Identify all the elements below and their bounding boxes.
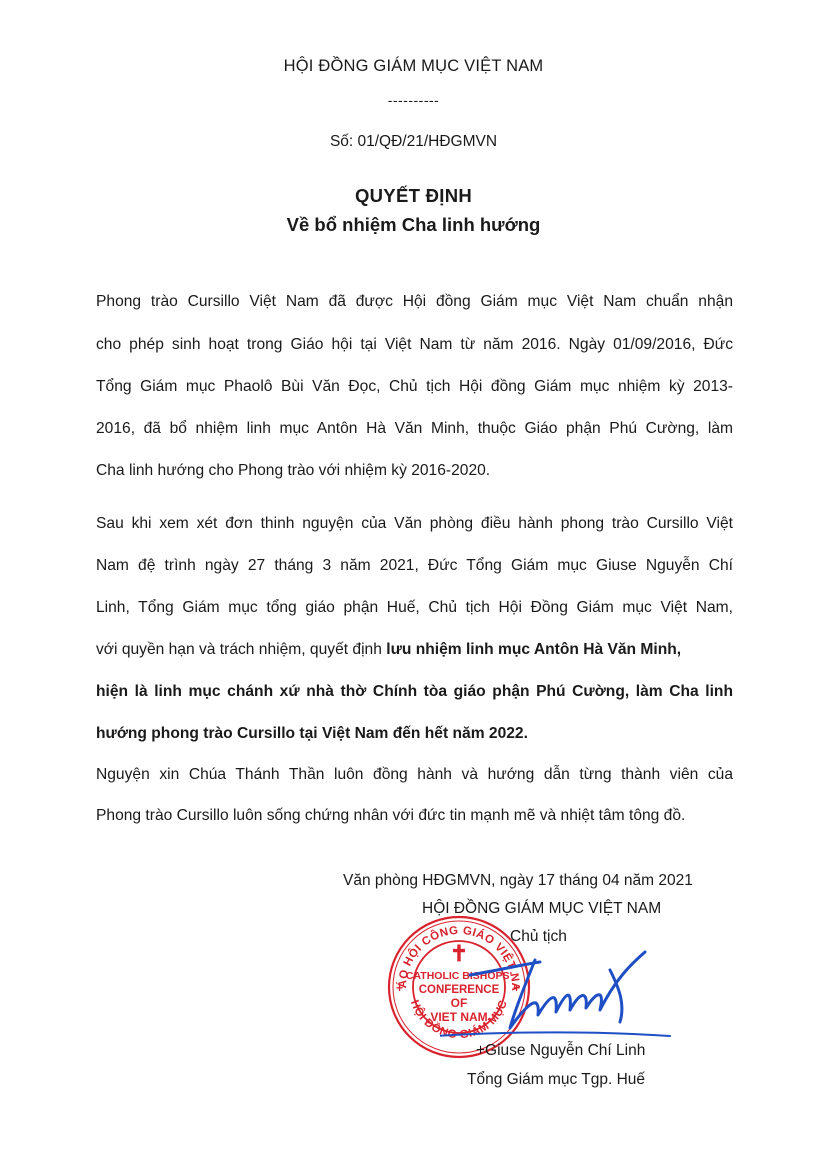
signer-name: +Giuse Nguyễn Chí Linh [476,1041,645,1061]
paragraph-line: Tổng Giám mục Phaolô Bùi Văn Đọc, Chủ tị… [96,377,733,397]
paragraph-line: Phong trào Cursillo luôn sống chứng nhân… [96,806,733,826]
paragraph-line: Cha linh hướng cho Phong trào với nhiệm … [96,461,733,481]
place-date: Văn phòng HĐGMVN, ngày 17 tháng 04 năm 2… [343,871,693,891]
handwritten-signature-icon [440,940,680,1050]
document-title: QUYẾT ĐỊNH [0,185,827,207]
paragraph-line: Nam đệ trình ngày 27 tháng 3 năm 2021, Đ… [96,556,733,576]
paragraph-line: cho phép sinh hoạt trong Giáo hội tại Vi… [96,335,733,355]
regular-text: với quyền hạn và trách nhiệm, quyết định [96,641,386,658]
paragraph-line: hướng phong trào Cursillo tại Việt Nam đ… [96,724,733,744]
seal-side-cross-icon: + [396,981,403,995]
paragraph-line: 2016, đã bổ nhiệm linh mục Antôn Hà Văn … [96,419,733,439]
paragraph-line: hiện là linh mục chánh xứ nhà thờ Chính … [96,682,733,702]
paragraph-line: Sau khi xem xét đơn thinh nguyện của Văn… [96,514,733,534]
header-divider: ---------- [0,92,827,108]
decision-text: hiện là linh mục chánh xứ nhà thờ Chính … [96,683,733,700]
decision-text: hướng phong trào Cursillo tại Việt Nam đ… [96,725,528,742]
paragraph-line: Phong trào Cursillo Việt Nam đã được Hội… [96,292,733,312]
document-page: HỘI ĐỒNG GIÁM MỤC VIỆT NAM ---------- Số… [0,0,827,1169]
decision-text: lưu nhiệm linh mục Antôn Hà Văn Minh, [386,641,681,658]
organization-header: HỘI ĐỒNG GIÁM MỤC VIỆT NAM [0,57,827,76]
document-number: Số: 01/QĐ/21/HĐGMVN [0,133,827,151]
paragraph-line: Linh, Tổng Giám mục tổng giáo phận Huế, … [96,598,733,618]
signer-title: Tổng Giám mục Tgp. Huế [467,1070,645,1090]
paragraph-line: với quyền hạn và trách nhiệm, quyết định… [96,640,733,660]
paragraph-line: Nguyện xin Chúa Thánh Thần luôn đồng hàn… [96,765,733,785]
document-subtitle: Về bổ nhiệm Cha linh hướng [0,214,827,236]
